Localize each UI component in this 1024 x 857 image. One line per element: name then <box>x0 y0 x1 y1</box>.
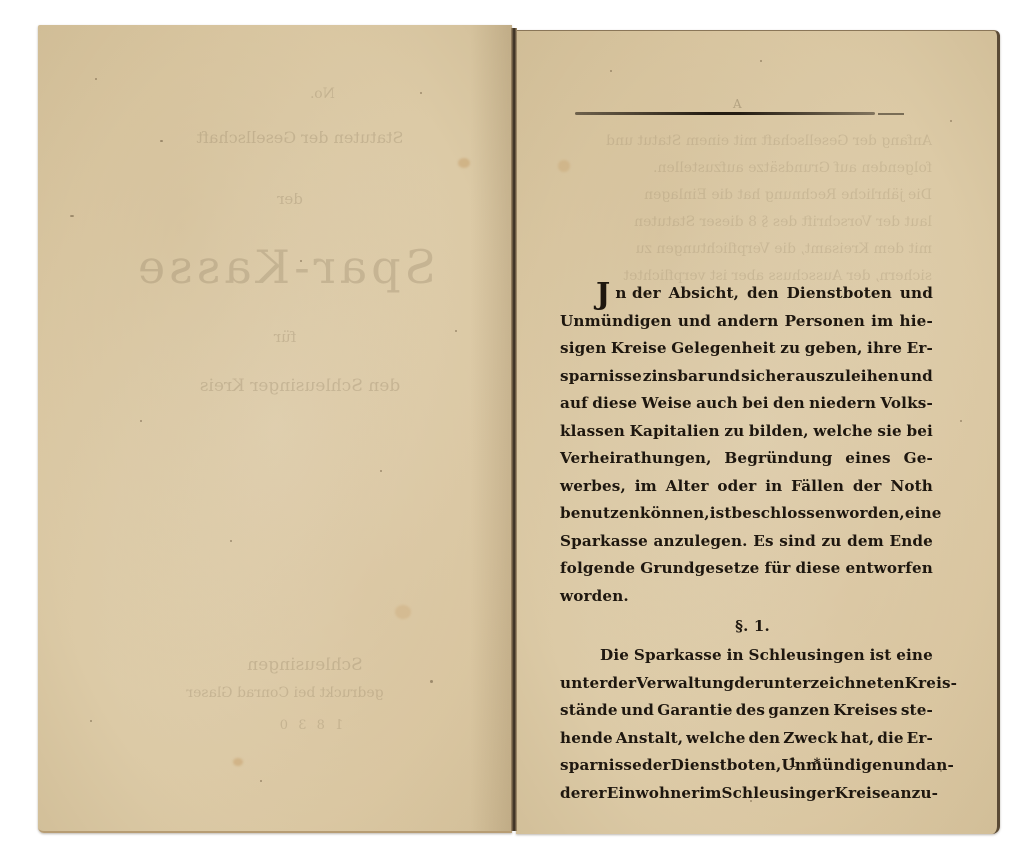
signature-mark: 1 * <box>788 756 826 771</box>
word: hat, <box>840 725 874 753</box>
word: Sparkasse <box>634 642 722 670</box>
word: Kreise <box>611 335 667 363</box>
ghost-text-line: folgenden auf Grundsätze aufzustellen. <box>560 155 932 182</box>
word: oder <box>717 473 756 501</box>
word: eine <box>905 500 942 528</box>
preamble-text-block: J n der Absicht, den Dienstboten und Unm… <box>560 280 933 807</box>
word: Alter <box>666 473 709 501</box>
word: Gelegenheit <box>671 335 776 363</box>
word: Kapitalien <box>630 418 720 446</box>
right-page-bleed-through: Anfang der Gesellschaft mit einem Statut… <box>560 128 932 290</box>
ghost-text-line: Die jährliche Rechnung hat die Einlagen <box>560 182 932 209</box>
word: Begründung <box>724 445 832 473</box>
preamble-line: sparnisse zinsbar und sicher auszuleihen… <box>560 363 933 391</box>
word: bei <box>742 390 769 418</box>
preamble-line: J n der Absicht, den Dienstboten und <box>560 280 933 308</box>
word: welche <box>813 418 872 446</box>
preamble-line: werbes, im Alter oder in Fällen der Noth <box>560 473 933 501</box>
preamble-line: sigen Kreise Gelegenheit zu geben, ihre … <box>560 335 933 363</box>
word: sparnisse <box>560 363 642 391</box>
word: beschlossen <box>732 500 836 528</box>
word: Verheirathungen, <box>560 445 712 473</box>
word: geben, <box>805 335 863 363</box>
word: folgende <box>560 555 635 583</box>
word: Garantie <box>657 697 732 725</box>
word: Ende <box>889 528 933 556</box>
word: Er- <box>907 725 933 753</box>
preamble-line: folgende Grundgesetze für diese entworfe… <box>560 555 933 583</box>
word: für <box>764 555 790 583</box>
word: worden. <box>560 583 629 611</box>
word: in <box>727 642 744 670</box>
word: Noth <box>890 473 933 501</box>
word: bei <box>906 418 933 446</box>
word: eines <box>845 445 890 473</box>
preamble-line: auf diese Weise auch bei den niedern Vol… <box>560 390 933 418</box>
word: des <box>736 697 765 725</box>
drop-cap: J <box>596 281 610 308</box>
word: Weise <box>642 390 692 418</box>
word: Zweck <box>783 725 837 753</box>
word: welche <box>686 725 745 753</box>
word: sicher <box>741 363 794 391</box>
word: Personen <box>785 308 865 336</box>
word: der <box>853 473 882 501</box>
word: unter <box>560 670 608 698</box>
word: sigen <box>560 335 606 363</box>
word: die <box>877 725 904 753</box>
word: Anstalt, <box>616 725 684 753</box>
word: stände <box>560 697 618 725</box>
word: zu <box>780 335 800 363</box>
word: ste- <box>901 697 933 725</box>
word: Schleusingen <box>749 642 865 670</box>
word: und <box>707 363 740 391</box>
word: den <box>773 390 805 418</box>
word: hende <box>560 725 613 753</box>
word: Es <box>753 528 773 556</box>
word: Einwohner <box>607 780 700 808</box>
word: Kreises <box>833 697 897 725</box>
ghost-text-line: mit dem Kreisamt, die Verpflichtungen zu <box>560 236 932 263</box>
word: sparnisse <box>560 752 642 780</box>
word: ist <box>870 642 892 670</box>
word: Unmündigen <box>560 308 672 336</box>
section-line: derer Einwohner im Schleusinger Kreise a… <box>560 780 933 808</box>
word: den <box>748 725 780 753</box>
word: an- <box>926 752 954 780</box>
word: im <box>699 780 721 808</box>
gutter-shadow <box>470 25 512 831</box>
word: andern <box>717 308 778 336</box>
word: diese <box>795 555 840 583</box>
word: Dienstboten <box>787 280 892 308</box>
word: im <box>635 473 657 501</box>
word: der <box>734 670 763 698</box>
word: Er- <box>907 335 933 363</box>
word: und <box>893 752 926 780</box>
ghost-line2: der <box>260 190 320 208</box>
section-line: unter der Verwaltung der unterzeichneten… <box>560 670 933 698</box>
word: auf <box>560 390 588 418</box>
word: Absicht, <box>669 280 740 308</box>
preamble-line: klassen Kapitalien zu bilden, welche sie… <box>560 418 933 446</box>
word: benutzen <box>560 500 640 528</box>
ghost-text-line: Anfang der Gesellschaft mit einem Statut… <box>560 128 932 155</box>
word: entworfen <box>845 555 933 583</box>
section-line: stände und Garantie des ganzen Kreises s… <box>560 697 933 725</box>
word: und <box>900 280 933 308</box>
word: n der <box>615 280 660 308</box>
header-rule-tail <box>878 113 904 115</box>
word: der <box>608 670 637 698</box>
ghost-line7: gedruckt bei Conrad Glaser <box>140 685 430 701</box>
word: Sparkasse <box>560 528 648 556</box>
word: Schleusinger <box>722 780 835 808</box>
preamble-line-last: worden. <box>560 583 933 611</box>
word: bilden, <box>749 418 809 446</box>
word: zu <box>821 528 841 556</box>
word: ganzen <box>768 697 830 725</box>
word: unterzeichneten <box>763 670 905 698</box>
word: zinsbar <box>643 363 707 391</box>
word: hie- <box>900 308 933 336</box>
header-mark: A <box>733 97 742 111</box>
word: zu <box>724 418 744 446</box>
word: können, <box>640 500 710 528</box>
word: werbes, <box>560 473 626 501</box>
word: und <box>678 308 711 336</box>
ghost-line6: Schleusingen <box>205 655 405 675</box>
word: ihre <box>867 335 902 363</box>
word: auch <box>696 390 738 418</box>
ghost-line8: 1 8 3 0 <box>270 718 350 733</box>
ghost-line5: den Schleusinger Kreis <box>150 376 450 396</box>
word: derer <box>560 780 607 808</box>
word: Grundgesetze <box>640 555 759 583</box>
line-words: n der Absicht, den Dienstboten und <box>611 280 933 308</box>
section-heading: §. 1. <box>560 610 933 642</box>
word: niedern <box>809 390 876 418</box>
word: in <box>765 473 782 501</box>
section-line: hende Anstalt, welche den Zweck hat, die… <box>560 725 933 753</box>
preamble-line: Verheirathungen, Begründung eines Ge- <box>560 445 933 473</box>
word: ist <box>710 500 732 528</box>
preamble-line: Unmündigen und andern Personen im hie- <box>560 308 933 336</box>
word: Fällen <box>791 473 844 501</box>
word: Volks- <box>880 390 933 418</box>
preamble-line: Sparkasse anzulegen. Es sind zu dem Ende <box>560 528 933 556</box>
word: dem <box>847 528 884 556</box>
word: worden, <box>836 500 905 528</box>
word: klassen <box>560 418 625 446</box>
ghost-text-line: laut der Vorschrift des § 8 dieser Statu… <box>560 209 932 236</box>
ghost-line4: für <box>255 328 315 346</box>
section-line: Die Sparkasse in Schleusingen ist eine <box>560 642 933 670</box>
word: eine <box>896 642 933 670</box>
word: Die <box>600 642 629 670</box>
word: und <box>621 697 654 725</box>
word: auszuleihen <box>795 363 899 391</box>
word: Kreis- <box>905 670 957 698</box>
word: anzu- <box>890 780 938 808</box>
book-gutter <box>511 28 517 831</box>
ghost-line1: Statuten der Gesellschaft <box>160 128 440 147</box>
word: sind <box>779 528 816 556</box>
word: anzulegen. <box>654 528 748 556</box>
header-rule <box>575 112 875 115</box>
ghost-top-mark: No. <box>310 86 335 102</box>
word: den <box>747 280 779 308</box>
word: diese <box>592 390 637 418</box>
word: im <box>871 308 893 336</box>
ghost-title: Spar-Kasse <box>110 240 460 294</box>
word: Kreise <box>835 780 891 808</box>
word: sie <box>877 418 901 446</box>
section-line: sparnisse der Dienstboten, Unmündigen un… <box>560 752 933 780</box>
word: Verwaltung <box>636 670 734 698</box>
word: und <box>900 363 933 391</box>
word: Dienstboten, <box>671 752 782 780</box>
preamble-line: benutzen können, ist beschlossen worden,… <box>560 500 933 528</box>
word: Ge- <box>904 445 933 473</box>
word: der <box>642 752 671 780</box>
